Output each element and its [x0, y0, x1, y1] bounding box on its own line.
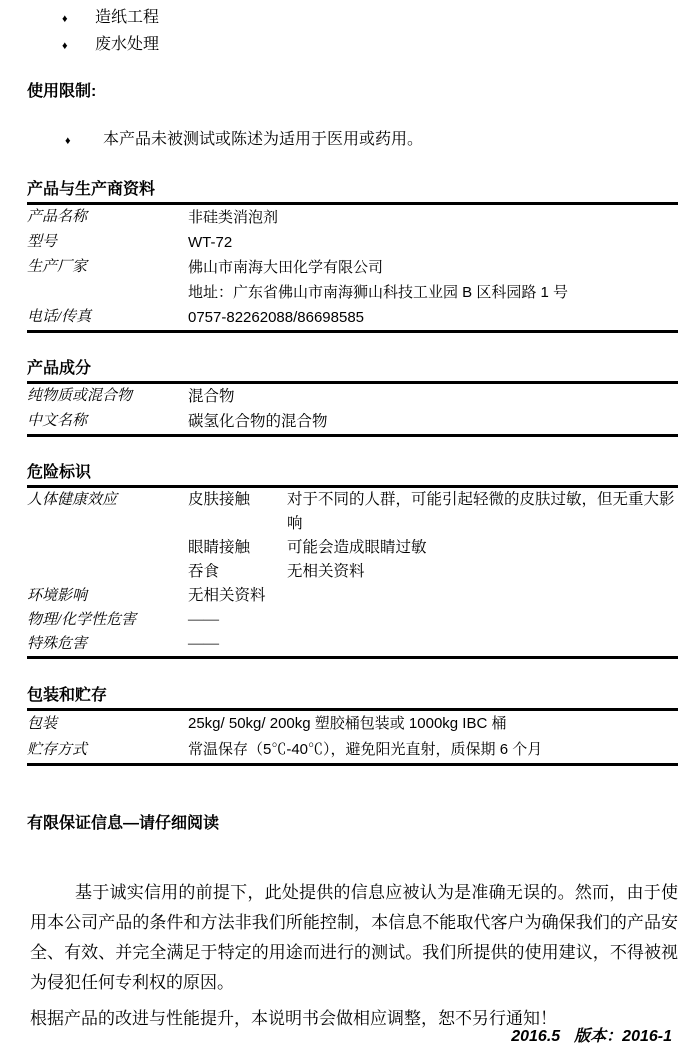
- section-heading: 产品与生产商资料: [27, 178, 678, 202]
- table-row: 纯物质或混合物 混合物: [27, 384, 678, 409]
- row-label: 特殊危害: [27, 632, 188, 656]
- row-label: 包装: [27, 711, 188, 737]
- row-value: 无相关资料: [287, 560, 678, 584]
- row-label: 人体健康效应: [27, 488, 188, 536]
- row-value: 佛山市南海大田化学有限公司: [188, 255, 678, 280]
- footer-version: 版本：2016-1: [574, 1028, 672, 1045]
- table-row: 地址：广东省佛山市南海狮山科技工业园 B 区科园路 1 号: [27, 280, 678, 305]
- usage-restriction-text: 本产品未被测试或陈述为适用于医用或药用。: [103, 127, 423, 153]
- row-value: 常温保存（5℃-40℃），避免阳光直射，质保期 6 个月: [188, 737, 678, 763]
- packaging-section: 包装和贮存 包装 25kg/ 50kg/ 200kg 塑胶桶包装或 1000kg…: [27, 684, 678, 766]
- row-label: [27, 560, 188, 584]
- table-row: 中文名称 碳氢化合物的混合物: [27, 409, 678, 434]
- row-value: [287, 584, 678, 608]
- document-page: ♦ 造纸工程 ♦ 废水处理 使用限制: ♦ 本产品未被测试或陈述为适用于医用或药…: [0, 0, 700, 1052]
- application-bullet-list: ♦ 造纸工程 ♦ 废水处理: [27, 0, 678, 59]
- row-label: 物理/化学性危害: [27, 608, 188, 632]
- row-value: 地址：广东省佛山市南海狮山科技工业园 B 区科园路 1 号: [188, 280, 678, 305]
- row-label: 产品名称: [27, 205, 188, 230]
- section-rule: [27, 763, 678, 766]
- row-label: 型号: [27, 230, 188, 255]
- table-row: 产品名称 非硅类消泡剂: [27, 205, 678, 230]
- row-label: 电话/传真: [27, 305, 188, 330]
- row-value: WT-72: [188, 230, 678, 255]
- row-sublabel: 吞食: [188, 560, 287, 584]
- list-item: ♦ 造纸工程: [27, 5, 678, 32]
- row-value: 碳氢化合物的混合物: [188, 409, 678, 434]
- table-row: 环境影响 无相关资料: [27, 584, 678, 608]
- table-row: 电话/传真 0757-82262088/86698585: [27, 305, 678, 330]
- warranty-paragraph: 基于诚实信用的前提下，此处提供的信息应被认为是准确无误的。然而，由于使用本公司产…: [30, 878, 678, 998]
- section-heading: 产品成分: [27, 357, 678, 381]
- diamond-bullet-icon: ♦: [62, 6, 95, 32]
- row-value: 25kg/ 50kg/ 200kg 塑胶桶包装或 1000kg IBC 桶: [188, 711, 678, 737]
- warranty-heading: 有限保证信息—请仔细阅读: [27, 813, 678, 835]
- list-item-label: 废水处理: [95, 32, 159, 58]
- row-label: 贮存方式: [27, 737, 188, 763]
- table-row: 生产厂家 佛山市南海大田化学有限公司: [27, 255, 678, 280]
- section-rule: [27, 330, 678, 333]
- list-item-label: 造纸工程: [95, 5, 159, 31]
- version-footer: 2016.5版本：2016-1: [511, 1026, 672, 1048]
- row-value: 可能会造成眼睛过敏: [287, 536, 678, 560]
- row-value: 非硅类消泡剂: [188, 205, 678, 230]
- table-row: 人体健康效应 皮肤接触 对于不同的人群，可能引起轻微的皮肤过敏，但无重大影响: [27, 488, 678, 536]
- diamond-bullet-icon: ♦: [65, 128, 103, 154]
- section-heading: 危险标识: [27, 461, 678, 485]
- section-rule: [27, 656, 678, 659]
- row-label: 生产厂家: [27, 255, 188, 280]
- composition-section: 产品成分 纯物质或混合物 混合物 中文名称 碳氢化合物的混合物: [27, 357, 678, 437]
- row-label: 中文名称: [27, 409, 188, 434]
- row-value: [287, 632, 678, 656]
- row-sublabel: ——: [188, 632, 287, 656]
- table-row: 特殊危害 ——: [27, 632, 678, 656]
- row-label: 环境影响: [27, 584, 188, 608]
- hazards-section: 危险标识 人体健康效应 皮肤接触 对于不同的人群，可能引起轻微的皮肤过敏，但无重…: [27, 461, 678, 659]
- usage-restriction-item: ♦ 本产品未被测试或陈述为适用于医用或药用。: [27, 127, 678, 154]
- table-row: 吞食 无相关资料: [27, 560, 678, 584]
- table-row: 眼睛接触 可能会造成眼睛过敏: [27, 536, 678, 560]
- row-label: 纯物质或混合物: [27, 384, 188, 409]
- row-value: [287, 608, 678, 632]
- list-item: ♦ 废水处理: [27, 32, 678, 59]
- row-sublabel: 眼睛接触: [188, 536, 287, 560]
- product-info-section: 产品与生产商资料 产品名称 非硅类消泡剂 型号 WT-72 生产厂家 佛山市南海…: [27, 178, 678, 333]
- row-value: 对于不同的人群，可能引起轻微的皮肤过敏，但无重大影响: [287, 488, 678, 536]
- diamond-bullet-icon: ♦: [62, 33, 95, 59]
- row-sublabel: ——: [188, 608, 287, 632]
- usage-restrictions-heading: 使用限制:: [27, 81, 678, 103]
- footer-date: 2016.5: [511, 1028, 560, 1045]
- table-row: 物理/化学性危害 ——: [27, 608, 678, 632]
- section-heading: 包装和贮存: [27, 684, 678, 708]
- row-label: [27, 280, 188, 305]
- table-row: 型号 WT-72: [27, 230, 678, 255]
- row-value: 混合物: [188, 384, 678, 409]
- document-content: ♦ 造纸工程 ♦ 废水处理 使用限制: ♦ 本产品未被测试或陈述为适用于医用或药…: [27, 0, 678, 1034]
- row-label: [27, 536, 188, 560]
- section-rule: [27, 434, 678, 437]
- table-row: 贮存方式 常温保存（5℃-40℃），避免阳光直射，质保期 6 个月: [27, 737, 678, 763]
- table-row: 包装 25kg/ 50kg/ 200kg 塑胶桶包装或 1000kg IBC 桶: [27, 711, 678, 737]
- row-sublabel: 无相关资料: [188, 584, 287, 608]
- row-value: 0757-82262088/86698585: [188, 305, 678, 330]
- row-sublabel: 皮肤接触: [188, 488, 287, 536]
